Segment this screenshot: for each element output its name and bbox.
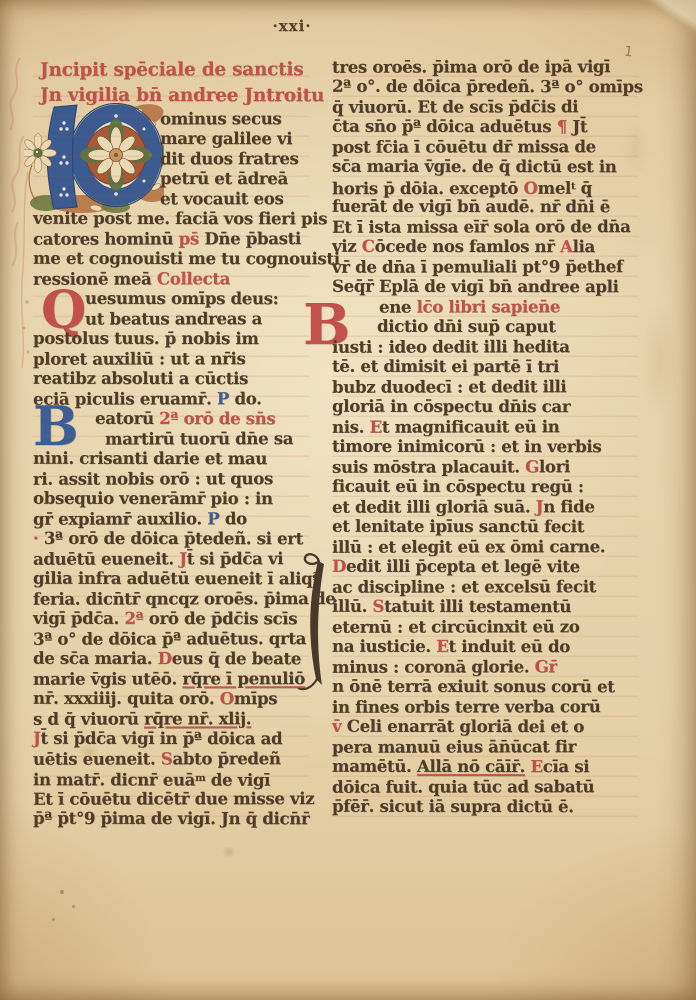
- stain: [620, 120, 650, 180]
- text-line: vigī p̄dc̄a. 2ª orō de p̄dc̄is scīs: [33, 609, 309, 629]
- text-segment: ominus secus: [160, 108, 281, 128]
- text-segment: post fc̄ia ī cōuētu dr̄ missa de: [332, 136, 596, 157]
- text-line: Seq̄r̄ Eplā de vigī bn̄ andree apli: [332, 277, 638, 298]
- text-segment: C: [362, 236, 375, 256]
- text-segment: O: [220, 688, 234, 708]
- text-segment: mare galilee vi: [160, 128, 292, 148]
- text-line: ficauit eū in cōspectu regū :: [332, 477, 638, 498]
- stain: [72, 905, 75, 908]
- text-segment: ōcede nos famlos nr̄: [375, 236, 560, 256]
- text-segment: fuerāt de vigī bn̄ audē. nr̄ dn̄i ē: [332, 196, 610, 216]
- text-segment: martirū tuorū dn̄e sa: [105, 428, 293, 448]
- text-segment: ps̄: [179, 228, 199, 248]
- text-segment: rq̄re ī penuliō: [182, 668, 305, 688]
- text-segment: E: [530, 756, 542, 776]
- text-segment: dictio dn̄i sup̄ caput: [377, 316, 556, 336]
- right-column: tres oroēs. p̄ima orō de ipā vigī2ª o°. …: [332, 57, 638, 817]
- text-line: catores hominū ps̄ Dn̄e p̄basti: [33, 229, 309, 250]
- text-line: sc̄a maria v̄gīe. de q̄ dictū est in: [332, 157, 638, 178]
- text-line: suis mōstra placauit. Glori: [332, 457, 638, 478]
- text-line: fuerāt de vigī bn̄ audē. nr̄ dn̄i ē: [332, 197, 638, 218]
- text-segment: E: [436, 636, 448, 656]
- stain: [640, 300, 680, 420]
- text-segment: tē. et dimisit ei partē ī tri: [332, 356, 559, 376]
- text-segment: eternū : et circūcinxit eū zo: [332, 616, 580, 637]
- text-line: petrū et ādreā: [33, 169, 309, 189]
- text-segment: nini. crisanti darie et mau: [33, 448, 267, 468]
- text-line: feria. dicn̄tr̄ qncqz oroēs. p̄ima de: [33, 589, 309, 610]
- text-line: nr̄. xxxiiij. quita orō. Omīps: [33, 689, 309, 709]
- text-segment: Gr̄: [535, 656, 557, 676]
- text-segment: Et ī ista missa eīr̄ sola orō de dn̄a: [332, 216, 631, 237]
- text-line: ressionē meā Collecta: [33, 269, 309, 290]
- text-segment: n fide: [543, 496, 594, 516]
- text-segment: Jt̄: [567, 116, 587, 136]
- text-segment: v̄: [332, 716, 347, 736]
- text-segment: S: [372, 596, 384, 616]
- text-segment: D: [332, 556, 346, 576]
- text-line: v̄ Celi enarrāt gloriā dei et o: [332, 717, 638, 738]
- text-segment: illū.: [332, 596, 372, 616]
- text-segment: et dedit illi gloriā suā.: [332, 496, 536, 516]
- text-line: me et cognouisti me tu cognouisti: [33, 249, 309, 269]
- text-segment: na iusticie.: [332, 636, 436, 656]
- text-line: · 3ª orō de dōica p̄tedeñ. si ert: [33, 529, 309, 549]
- text-segment: t magnificauit eū in: [382, 416, 560, 436]
- text-segment: vigī p̄dc̄a.: [33, 608, 124, 628]
- text-line: minus : coronā glorie. Gr̄: [332, 657, 638, 678]
- text-segment: Jn vigilia bn̄ andree Jntroitu: [40, 85, 324, 106]
- text-segment: q̄: [575, 178, 592, 198]
- text-segment: de vigī: [205, 770, 270, 790]
- text-line: reatibz absoluti a cūctis: [33, 369, 309, 389]
- left-column: Jncipit spēciale de sanctisJn vigilia bn…: [33, 57, 309, 829]
- text-segment: postolus tuus. p̄ nobis im: [33, 328, 259, 348]
- text-segment: Seq̄r̄ Eplā de vigī bn̄ andree apli: [332, 276, 619, 297]
- text-line: p̄fēr̄. sicut iā supra dictū ē.: [332, 797, 638, 818]
- text-line: pera manuū eius ān̄ūcat fir: [332, 737, 638, 758]
- text-segment: in fines orbis terre verba corū: [332, 696, 600, 717]
- text-line: c̄ta sn̄o p̄ª dōica aduētus ¶ Jt̄: [332, 117, 638, 138]
- text-segment: lc̄o libri sapien̄e: [417, 296, 561, 316]
- text-segment: orō de p̄dc̄is scīs: [143, 608, 297, 628]
- text-line: eatorū 2ª orō de sn̄s: [33, 409, 309, 429]
- text-segment: P: [217, 388, 229, 408]
- text-segment: venite post me. faciā vos fieri pis: [33, 208, 327, 229]
- text-segment: J: [179, 548, 187, 568]
- text-segment: eatorū: [95, 408, 159, 428]
- text-segment: 3ª orō de dōica p̄tedeñ. si ert: [44, 528, 303, 548]
- text-segment: nr̄. xxxiiij. quita orō.: [33, 688, 220, 708]
- text-line: dit duos fratres: [33, 149, 309, 170]
- text-line: iusti : ideo dedit illi hedita: [332, 337, 638, 358]
- text-line: aduētū eueneit. Jt̄ si p̄dc̄a vi: [33, 549, 309, 570]
- text-segment: dōica fuit. quia tūc ad sabatū: [332, 776, 594, 797]
- text-segment: ressionē meā: [33, 268, 157, 288]
- text-segment: marie v̄gis utēō.: [33, 668, 182, 688]
- text-line: timore inimicorū : et in verbis: [332, 437, 638, 458]
- text-segment: n ōnē terrā exiuit sonus corū et: [332, 676, 615, 696]
- text-line: Et ī cōuētu dicētr̄ due misse viz: [33, 789, 309, 810]
- text-segment: Dn̄e p̄basti: [199, 228, 301, 248]
- text-line: et lenitate ipīus sanctū fecit: [332, 517, 638, 538]
- stain: [52, 918, 55, 921]
- text-segment: nis.: [332, 417, 370, 437]
- text-segment: ·: [33, 528, 44, 548]
- text-line: venite post me. faciā vos fieri pis: [33, 209, 309, 229]
- text-line: Jn vigilia bn̄ andree Jntroitu: [33, 83, 309, 109]
- text-segment: do: [219, 508, 246, 528]
- text-segment: Collecta: [157, 268, 230, 288]
- text-segment: edit illi p̄cepta et legē vite: [346, 556, 580, 576]
- text-line: nis. Et magnificauit eū in: [332, 417, 638, 438]
- text-segment: P: [207, 508, 219, 528]
- text-segment: abto p̄redeñ: [172, 748, 280, 768]
- text-line: ut beatus andreas a: [33, 309, 309, 330]
- text-segment: viz: [332, 236, 362, 256]
- text-segment: Et ī cōuētu dicētr̄ due misse viz: [33, 788, 314, 809]
- text-line: ene lc̄o libri sapien̄e: [332, 297, 638, 318]
- text-segment: t̄ si p̄dc̄a vi: [187, 548, 283, 568]
- text-line: mamētū. Allā nō cāīr̄. Ecīa si: [332, 757, 638, 778]
- text-line: illū : et elegit eū ex ōmi carne.: [332, 537, 638, 558]
- text-segment: minus : coronā glorie.: [332, 656, 535, 676]
- text-line: viz Cōcede nos famlos nr̄ Alia: [332, 237, 638, 258]
- text-segment: ¶: [557, 116, 567, 136]
- text-segment: Jncipit spēciale de sanctis: [40, 59, 303, 81]
- text-line: obsequio venerāmr̄ pio : in: [33, 489, 309, 509]
- text-segment: s d q̄ viuorū: [33, 708, 144, 728]
- text-segment: in matr̄. dicnr̄ euā: [33, 769, 195, 789]
- text-segment: lori: [539, 456, 570, 476]
- text-segment: timore inimicorū : et in verbis: [332, 436, 601, 456]
- text-segment: de sc̄a maria.: [33, 648, 158, 668]
- text-segment: mīps: [234, 688, 277, 708]
- text-line: de sc̄a maria. Deus q̄ de beate: [33, 649, 309, 669]
- text-segment: S: [161, 748, 173, 768]
- text-line: gloriā in cōspectu dn̄is car: [332, 397, 638, 418]
- text-line: horis p̄ dōia. exceptō Omelt q̄: [332, 177, 638, 198]
- text-line: s d q̄ viuorū rq̄re nr̄. xlij.: [33, 709, 309, 730]
- text-segment: p̄ª p̄t°9 p̄ima de vigī. Jn q̄ dicn̄r̄: [33, 808, 309, 828]
- text-segment: mel: [538, 178, 571, 198]
- text-line: tē. et dimisit ei partē ī tri: [332, 357, 638, 378]
- text-segment: gr̄ expiamr̄ auxilio.: [33, 508, 207, 528]
- text-line: post fc̄ia ī cōuētu dr̄ missa de: [332, 137, 638, 158]
- text-segment: tres oroēs. p̄ima orō de ipā vigī: [332, 56, 610, 77]
- text-line: bubz duodecī : et dedit illi: [332, 377, 638, 398]
- text-segment: et lenitate ipīus sanctū fecit: [332, 516, 584, 536]
- text-segment: 2ª orō de sn̄s: [159, 408, 275, 428]
- text-segment: pera manuū eius ān̄ūcat fir: [332, 736, 576, 757]
- text-segment: dit duos fratres: [160, 148, 299, 168]
- text-segment: c̄ta sn̄o p̄ª dōica aduētus: [332, 116, 557, 136]
- text-line: martirū tuorū dn̄e sa: [33, 429, 309, 450]
- text-line: ploret auxiliū : ut a nr̄is: [33, 349, 309, 370]
- text-segment: ac discipline : et excelsū fecit: [332, 576, 596, 597]
- text-segment: petrū et ādreā: [160, 168, 288, 188]
- text-segment: obsequio venerāmr̄ pio : in: [33, 488, 273, 508]
- text-segment: ut beatus andreas a: [85, 308, 262, 328]
- text-segment: catores hominū: [33, 228, 179, 248]
- text-segment: J: [33, 728, 41, 748]
- text-line: eternū : et circūcinxit eū zo: [332, 617, 638, 638]
- page-corner-shadow: [600, 0, 696, 64]
- stain: [222, 846, 236, 858]
- text-segment: feria. dicn̄tr̄ qncqz oroēs. p̄ima de: [33, 588, 336, 609]
- text-line: ominus secus: [33, 109, 309, 130]
- text-segment: uesumus omīps deus:: [85, 288, 279, 308]
- text-segment: t induit eū do: [449, 636, 570, 656]
- text-segment: m: [195, 773, 205, 784]
- text-line: n ōnē terrā exiuit sonus corū et: [332, 677, 638, 698]
- text-segment: p̄fēr̄. sicut iā supra dictū ē.: [332, 796, 574, 816]
- text-line: Dedit illi p̄cepta et legē vite: [332, 557, 638, 578]
- text-line: uētis eueneit. Sabto p̄redeñ: [33, 749, 309, 770]
- text-line: p̄ª p̄t°9 p̄ima de vigī. Jn q̄ dicn̄r̄: [33, 809, 309, 829]
- text-segment: 2ª o°. de dōica p̄redeñ. 3ª o° omīps: [332, 76, 643, 97]
- stain: [78, 744, 100, 760]
- text-line: q̄ viuorū. Et de scīs p̄dc̄is di: [332, 97, 638, 118]
- text-segment: lia: [573, 236, 595, 256]
- text-segment: gilia infra aduētū eueneit ī aliqª: [33, 568, 320, 589]
- text-line: mare galilee vi: [33, 129, 309, 149]
- text-line: ac discipline : et excelsū fecit: [332, 577, 638, 598]
- text-line: et vocauit eos: [33, 189, 309, 210]
- text-segment: ene: [379, 297, 417, 317]
- text-segment: 2ª: [124, 608, 143, 628]
- text-segment: bubz duodecī : et dedit illi: [332, 376, 566, 396]
- text-line: tres oroēs. p̄ima orō de ipā vigī: [332, 57, 638, 78]
- text-line: gr̄ expiamr̄ auxilio. P do: [33, 509, 309, 530]
- text-segment: suis mōstra placauit.: [332, 456, 525, 476]
- text-segment: mamētū.: [332, 756, 417, 776]
- text-segment: Allā nō cāīr̄.: [417, 756, 525, 776]
- text-line: uesumus omīps deus:: [33, 289, 309, 309]
- text-line: 3ª o° de dōica p̄ª aduētus. qrta: [33, 629, 309, 650]
- text-segment: E: [369, 417, 381, 437]
- text-segment: sc̄a maria v̄gīe. de q̄ dictū est in: [332, 156, 617, 176]
- text-segment: me et cognouisti me tu cognouisti: [33, 248, 340, 269]
- text-segment: iusti : ideo dedit illi hedita: [332, 336, 570, 356]
- text-line: vr̄ de dn̄a ī pemuliali pt°9 p̄ethef: [332, 257, 638, 278]
- text-line: Jncipit spēciale de sanctis: [33, 57, 309, 84]
- text-segment: et vocauit eos: [160, 188, 283, 208]
- text-segment: eciā piculis eruamr̄.: [33, 388, 217, 408]
- text-segment: q̄ viuorū. Et de scīs p̄dc̄is di: [332, 96, 578, 117]
- text-line: na iusticie. Et induit eū do: [332, 637, 638, 658]
- text-segment: D: [158, 648, 172, 668]
- text-line: Jt̄ si p̄dc̄a vigī in p̄ª dōica ad: [33, 729, 309, 749]
- text-line: gilia infra aduētū eueneit ī aliqª: [33, 569, 309, 589]
- text-line: Et ī ista missa eīr̄ sola orō de dn̄a: [332, 217, 638, 238]
- text-line: 2ª o°. de dōica p̄redeñ. 3ª o° omīps: [332, 77, 638, 98]
- text-line: marie v̄gis utēō. rq̄re ī penuliō: [33, 669, 309, 690]
- text-segment: rq̄re nr̄. xlij.: [144, 708, 251, 728]
- text-line: nini. crisanti darie et mau: [33, 449, 309, 469]
- text-segment: Celi enarrāt gloriā dei et o: [347, 716, 584, 736]
- text-segment: cīa si: [543, 756, 590, 776]
- text-line: eciā piculis eruamr̄. P do.: [33, 389, 309, 410]
- text-segment: do.: [229, 388, 262, 408]
- text-segment: vr̄ de dn̄a ī pemuliali pt°9 p̄ethef: [332, 256, 623, 277]
- text-segment: gloriā in cōspectu dn̄is car: [332, 396, 570, 416]
- text-line: in matr̄. dicnr̄ euām de vigī: [33, 769, 309, 789]
- text-segment: illū : et elegit eū ex ōmi carne.: [332, 536, 605, 557]
- text-line: et dedit illi gloriā suā. Jn fide: [332, 497, 638, 518]
- text-line: dictio dn̄i sup̄ caput: [332, 317, 638, 338]
- right-column-lines: tres oroēs. p̄ima orō de ipā vigī2ª o°. …: [332, 57, 638, 817]
- text-line: ri. assit nobis orō : ut quos: [33, 469, 309, 490]
- text-segment: reatibz absoluti a cūctis: [33, 368, 248, 388]
- text-line: illū. Statuit illi testamentū: [332, 597, 638, 618]
- text-segment: aduētū eueneit.: [33, 548, 179, 568]
- text-segment: tatuit illi testamentū: [384, 596, 571, 616]
- text-line: in fines orbis terre verba corū: [332, 697, 638, 718]
- text-segment: O: [523, 178, 537, 198]
- text-segment: G: [525, 456, 539, 476]
- manuscript-page: ·xxi· 1: [0, 0, 696, 1000]
- text-segment: ficauit eū in cōspectu regū :: [332, 476, 584, 496]
- text-segment: A: [560, 236, 573, 256]
- text-segment: ri. assit nobis orō : ut quos: [33, 468, 273, 489]
- text-segment: ploret auxiliū : ut a nr̄is: [33, 348, 246, 368]
- text-segment: eus q̄ de beate: [172, 648, 301, 668]
- text-segment: 3ª o° de dōica p̄ª aduētus. qrta: [33, 628, 306, 649]
- text-line: dōica fuit. quia tūc ad sabatū: [332, 777, 638, 798]
- stain: [60, 890, 64, 894]
- text-line: postolus tuus. p̄ nobis im: [33, 329, 309, 349]
- left-column-lines: Jncipit spēciale de sanctisJn vigilia bn…: [33, 57, 309, 829]
- page-number: ·xxi·: [252, 17, 332, 35]
- text-segment: t̄ si p̄dc̄a vigī in p̄ª dōica ad: [41, 728, 283, 748]
